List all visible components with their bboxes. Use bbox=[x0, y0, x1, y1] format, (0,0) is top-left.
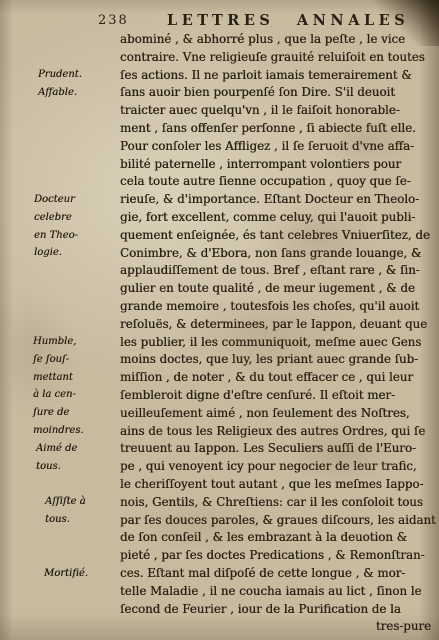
margin-note-line: ſe ſouſ- bbox=[33, 351, 119, 369]
text-line: le cheriſſoyent tout autant , que les me… bbox=[120, 476, 437, 494]
margin-note-line: Mortifié. bbox=[44, 565, 130, 583]
text-line: ſes actions. Il ne parloit iamais temera… bbox=[120, 67, 437, 85]
margin-note-aime-de-tous: Aimé de tous. bbox=[36, 440, 122, 476]
text-line: ment , ſans offenſer perſonne , ſi abiec… bbox=[120, 120, 437, 138]
margin-note-line: Docteur bbox=[34, 191, 120, 209]
text-line: abominé , & abhorré plus , que la peſte … bbox=[120, 31, 437, 49]
text-line: cela toute autre ſienne occupation , quo… bbox=[120, 173, 437, 191]
text-line: moins doctes, que luy, les priant auec g… bbox=[120, 351, 437, 369]
page-number: 238 bbox=[98, 13, 129, 28]
text-line: miſſion , de noter , & du tout effacer c… bbox=[120, 369, 437, 387]
text-line: Pour conſoler les Affligez , il ſe ſeruo… bbox=[120, 138, 437, 156]
margin-note-line: Aſſiſte à bbox=[45, 493, 131, 511]
margin-note-line: celebre bbox=[34, 209, 120, 227]
catchword: tres-pure bbox=[120, 618, 437, 636]
text-line: ſembleroit digne d'eſtre cenſuré. Il eſt… bbox=[120, 387, 437, 405]
text-line: quement enſeignée, és tant celebres Vniu… bbox=[120, 227, 437, 245]
margin-note-mortifie: Mortifié. bbox=[44, 565, 130, 583]
text-line: rieuſe, & d'importance. Eſtant Docteur e… bbox=[120, 191, 437, 209]
margin-note-line: en Theo- bbox=[34, 227, 120, 245]
book-page-photo: 238 LETTRES ANNALES Prudent. Affable. Do… bbox=[0, 0, 439, 640]
margin-note-line: moindres. bbox=[33, 422, 119, 440]
running-title: LETTRES ANNALES bbox=[167, 12, 409, 29]
text-line: pieté , par ſes doctes Predications , & … bbox=[120, 547, 437, 565]
margin-note-line: tous. bbox=[45, 511, 131, 529]
text-line: par ſes douces paroles, & graues diſcour… bbox=[120, 512, 437, 530]
margin-note-humble: Humble, ſe ſouſ- mettant à la cen- ſure … bbox=[33, 333, 119, 440]
margin-note-line: mettant bbox=[33, 369, 119, 387]
margin-note-line: à la cen- bbox=[33, 386, 119, 404]
margin-note-line: Affable. bbox=[38, 84, 124, 102]
text-line: ſans auoir bien pourpenſé ſon Dire. S'il… bbox=[120, 84, 437, 102]
margin-note-assiste-a-tous: Aſſiſte à tous. bbox=[45, 493, 131, 529]
margin-note-line: ſure de bbox=[33, 404, 119, 422]
text-line: applaudiſſement de tous. Bref , eſtant r… bbox=[120, 262, 437, 280]
text-line: ains de tous les Religieux des autres Or… bbox=[120, 423, 437, 441]
text-line: les publier, il les communiquoit, meſme … bbox=[120, 334, 437, 352]
text-line: nois, Gentils, & Chreſtiens: car il les … bbox=[120, 494, 437, 512]
text-line: ſecond de Feurier , iour de la Purificat… bbox=[120, 601, 437, 619]
text-line: gie, fort excellent, comme celuy, qui l'… bbox=[120, 209, 437, 227]
margin-note-docteur-celebre: Docteur celebre en Theo- logie. bbox=[34, 191, 120, 262]
text-line: ces. Eſtant mal diſpoſé de cette longue … bbox=[120, 565, 437, 583]
text-line: contraire. Vne religieuſe grauité reluiſ… bbox=[120, 49, 437, 67]
body-text: abominé , & abhorré plus , que la peſte … bbox=[120, 31, 437, 636]
margin-note-line: logie. bbox=[34, 244, 120, 262]
margin-note-line: Humble, bbox=[33, 333, 119, 351]
text-line: grande memoire , toutesfois les choſes, … bbox=[120, 298, 437, 316]
margin-note-prudent-affable: Prudent. Affable. bbox=[38, 66, 124, 102]
margin-note-line: Prudent. bbox=[38, 66, 124, 84]
text-line: ueilleuſement aimé , non ſeulement des N… bbox=[120, 405, 437, 423]
text-line: pe , qui venoyent icy pour negocier de l… bbox=[120, 458, 437, 476]
text-line: de ſon conſeil , & les embrazant à la de… bbox=[120, 529, 437, 547]
text-line: reſoluës, & determinees, par le Iappon, … bbox=[120, 316, 437, 334]
text-line: bilité paternelle , interrompant volonti… bbox=[120, 156, 437, 174]
margin-note-line: tous. bbox=[36, 458, 122, 476]
text-line: Conimbre, & d'Ebora, non ſans grande lou… bbox=[120, 245, 437, 263]
text-line: telle Maladie , il ne coucha iamais au l… bbox=[120, 583, 437, 601]
text-line: traicter auec quelqu'vn , il le faiſoit … bbox=[120, 102, 437, 120]
margin-note-line: Aimé de bbox=[36, 440, 122, 458]
text-line: gulier en toute qualité , de meur iugeme… bbox=[120, 280, 437, 298]
text-line: treuuent au Iappon. Les Seculiers auſſi … bbox=[120, 440, 437, 458]
